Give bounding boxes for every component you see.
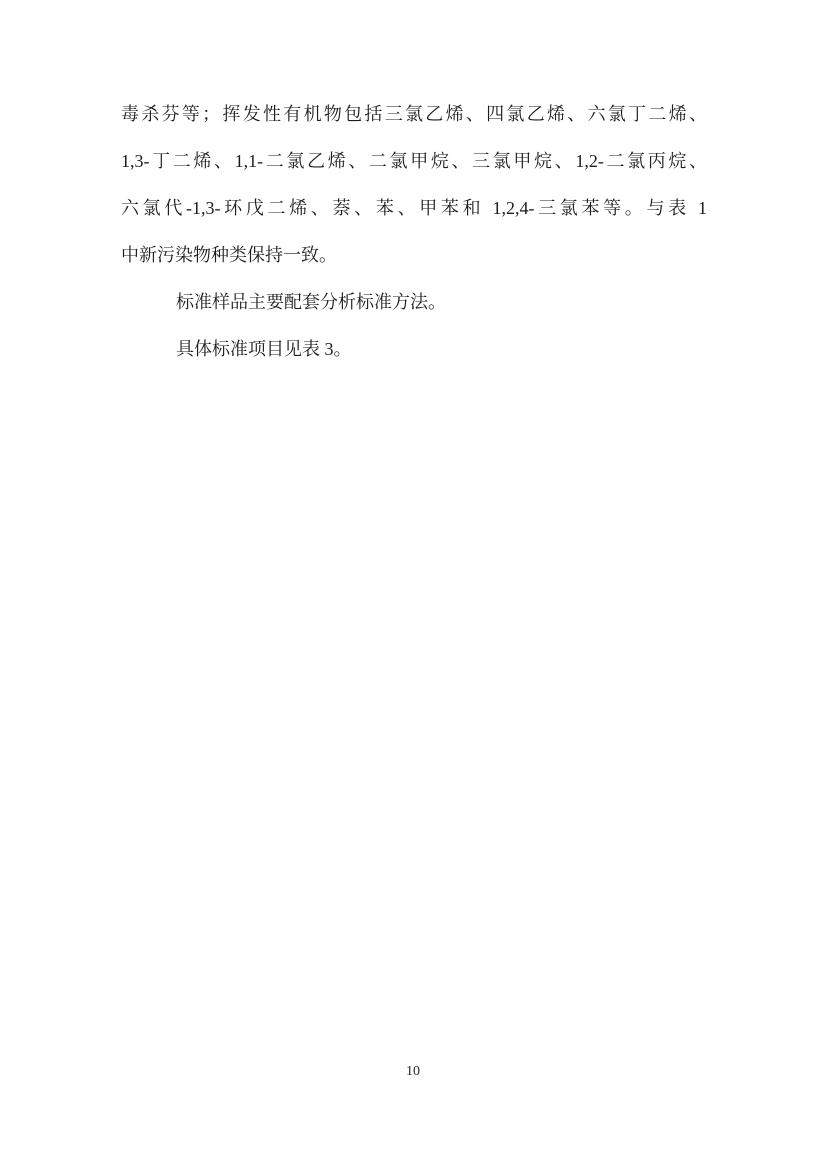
page-number: 10 [0,1062,826,1082]
paragraph1-line-1: 毒杀芬等；挥发性有机物包括三氯乙烯、四氯乙烯、六氯丁二烯、 [121,91,707,138]
paragraph2-text: 标准样品主要配套分析标准方法。 [121,279,707,326]
paragraph1-line-3: 六氯代-1,3-环戊二烯、萘、苯、甲苯和 1,2,4-三氯苯等。与表 1 [121,185,707,232]
paragraph1-line-2: 1,3-丁二烯、1,1-二氯乙烯、二氯甲烷、三氯甲烷、1,2-二氯丙烷、 [121,138,707,185]
paragraph1-line-4: 中新污染物种类保持一致。 [121,232,707,279]
paragraph3-text: 具体标准项目见表 3。 [121,326,707,373]
document-page: 毒杀芬等；挥发性有机物包括三氯乙烯、四氯乙烯、六氯丁二烯、 1,3-丁二烯、1,… [0,0,826,1169]
body-text: 毒杀芬等；挥发性有机物包括三氯乙烯、四氯乙烯、六氯丁二烯、 1,3-丁二烯、1,… [121,91,707,373]
